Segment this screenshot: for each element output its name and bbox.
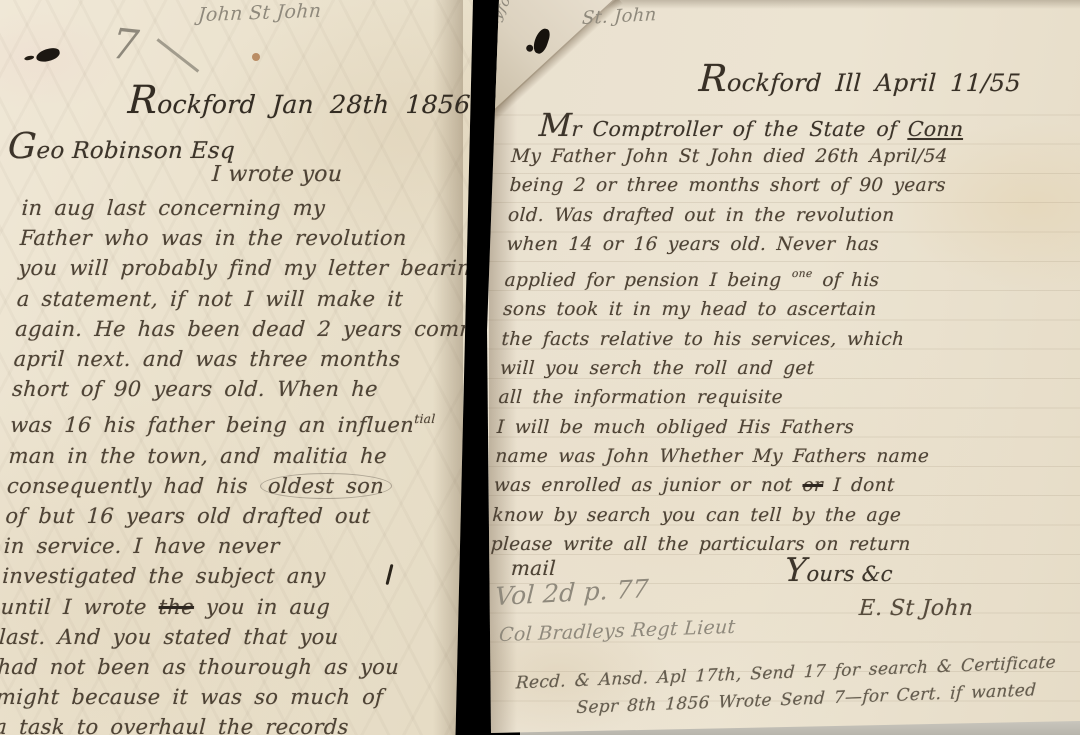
- manuscript-line: a task to overhaul the records: [0, 712, 457, 735]
- manuscript-line: again. He has been dead 2 years comming: [14, 314, 478, 344]
- dateline: Rockford Ill April 11/55: [698, 56, 1023, 100]
- letter-body: My Father John St John died 26th April/5…: [490, 142, 1078, 559]
- opening-line: I wrote you: [211, 162, 343, 187]
- manuscript-line: short of 90 years old. When he: [11, 374, 475, 404]
- rust-stain: [252, 53, 260, 61]
- manuscript-line: of but 16 years old drafted out: [5, 501, 469, 531]
- manuscript-line: you will probably find my letter bearing: [18, 253, 482, 283]
- manuscript-line: sons took it in my head to ascertain: [502, 295, 1070, 324]
- dateline: Rockford Jan 28th 1856: [127, 78, 472, 123]
- manuscript-line: investigated the subject any: [2, 561, 466, 591]
- manuscript-line: please write all the particulars on retu…: [490, 530, 1058, 559]
- manuscript-line: when 14 or 16 years old. Never has: [506, 230, 1074, 259]
- pencil-annotation-name: John St John: [197, 0, 322, 26]
- pencil-annotation-name: St. John: [581, 4, 657, 29]
- manuscript-line: know by search you can tell by the age: [492, 501, 1060, 530]
- closing-yours: Yours &c: [784, 551, 894, 589]
- salutation: Geo Robinson Esq: [7, 126, 236, 167]
- closing-mail: mail: [510, 556, 556, 580]
- manuscript-line: in service. I have never: [3, 531, 467, 561]
- manuscript-line: I will be much obliged His Fathers: [496, 413, 1064, 442]
- manuscript-line: until I wrote the you in aug: [0, 592, 464, 622]
- salutation: Mr Comptroller of the State of Conn: [538, 108, 965, 144]
- manuscript-line: old. Was drafted out in the revolution: [507, 201, 1075, 230]
- manuscript-line: applied for pension I being one of his: [504, 259, 1072, 295]
- manuscript-line: was enrolled as junior or not or I dont: [493, 471, 1061, 500]
- manuscript-line: was 16 his father being an influential: [9, 404, 473, 440]
- right-letter-page: Lyfon St. John Rockford Ill April 11/55 …: [487, 0, 1080, 733]
- manuscript-line: april next. and was three months: [13, 344, 477, 374]
- manuscript-line: name was John Whether My Fathers name: [495, 442, 1063, 471]
- manuscript-line: had not been as thourough as you: [0, 652, 460, 682]
- manuscript-line: being 2 or three months short of 90 year…: [509, 171, 1077, 200]
- scanned-letters-photo: { "scan": { "background_color": "#000000…: [0, 0, 1080, 735]
- letter-body: in aug last concerning myFather who was …: [0, 193, 484, 735]
- manuscript-line: in aug last concerning my: [21, 193, 485, 223]
- manuscript-line: Mr Comptroller of the State of Conn: [538, 108, 965, 144]
- signature: E. St John: [858, 596, 974, 621]
- manuscript-line: the facts relative to his services, whic…: [501, 325, 1069, 354]
- manuscript-line: consequently had his oldest son: [6, 471, 470, 501]
- manuscript-line: Father who was in the revolution: [19, 223, 483, 253]
- manuscript-line: man in the town, and malitia he: [8, 441, 472, 471]
- pencil-page-number: 7: [110, 19, 142, 71]
- manuscript-line: might because it was so much of: [0, 682, 459, 712]
- left-letter-page: John St John 7 Rockford Jan 28th 1856 Ge…: [0, 0, 473, 735]
- manuscript-line: a statement, if not I will make it: [16, 284, 480, 314]
- manuscript-line: My Father John St John died 26th April/5…: [510, 142, 1078, 171]
- manuscript-line: will you serch the roll and get: [499, 354, 1067, 383]
- manuscript-line: all the information requisite: [498, 383, 1066, 412]
- manuscript-line: last. And you stated that you: [0, 622, 462, 652]
